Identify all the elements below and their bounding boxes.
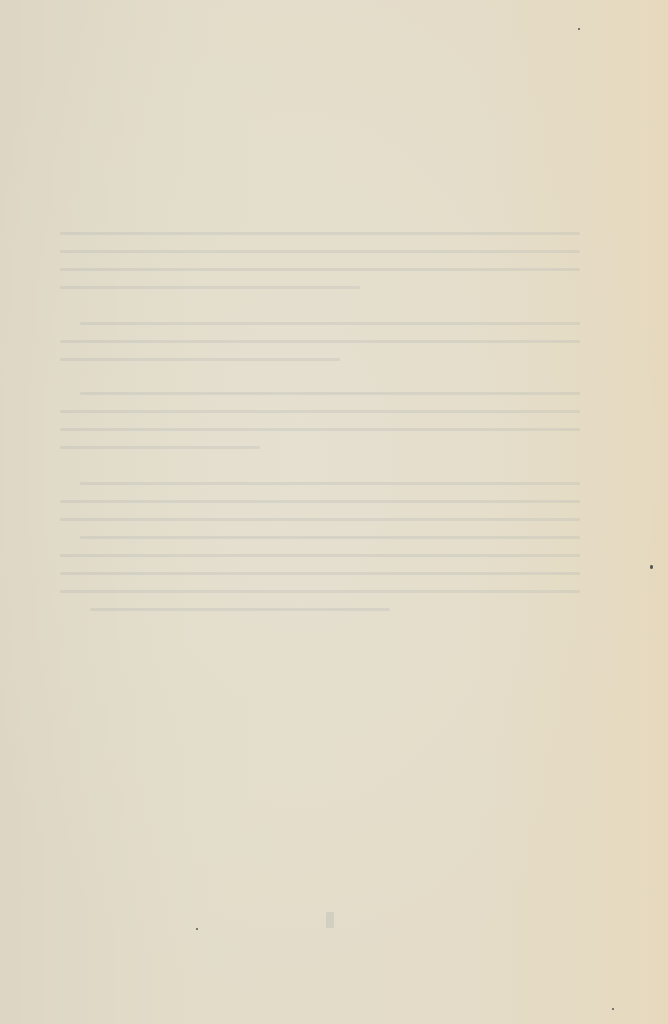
faint-text-line <box>60 590 580 593</box>
faint-text-line <box>60 446 260 449</box>
faint-text-line <box>60 500 580 503</box>
page-number-bleed <box>326 912 334 928</box>
faint-text-line <box>60 340 580 343</box>
faint-text-line <box>60 358 340 361</box>
faint-text-line <box>80 536 580 539</box>
faint-text-line <box>60 268 580 271</box>
faint-text-line <box>80 322 580 325</box>
speck <box>612 1008 614 1010</box>
speck <box>196 928 198 930</box>
faint-text-line <box>90 608 390 611</box>
speck <box>578 28 580 30</box>
faint-text-line <box>60 572 580 575</box>
faint-text-line <box>60 232 580 235</box>
faint-text-line <box>60 554 580 557</box>
faint-text-line <box>60 518 580 521</box>
faint-text-line <box>60 428 580 431</box>
faint-text-line <box>80 392 580 395</box>
faint-text-line <box>80 482 580 485</box>
faint-text-line <box>60 250 580 253</box>
faint-text-line <box>60 410 580 413</box>
faint-text-line <box>60 286 360 289</box>
scanned-page <box>0 0 668 1024</box>
speck <box>650 565 653 569</box>
